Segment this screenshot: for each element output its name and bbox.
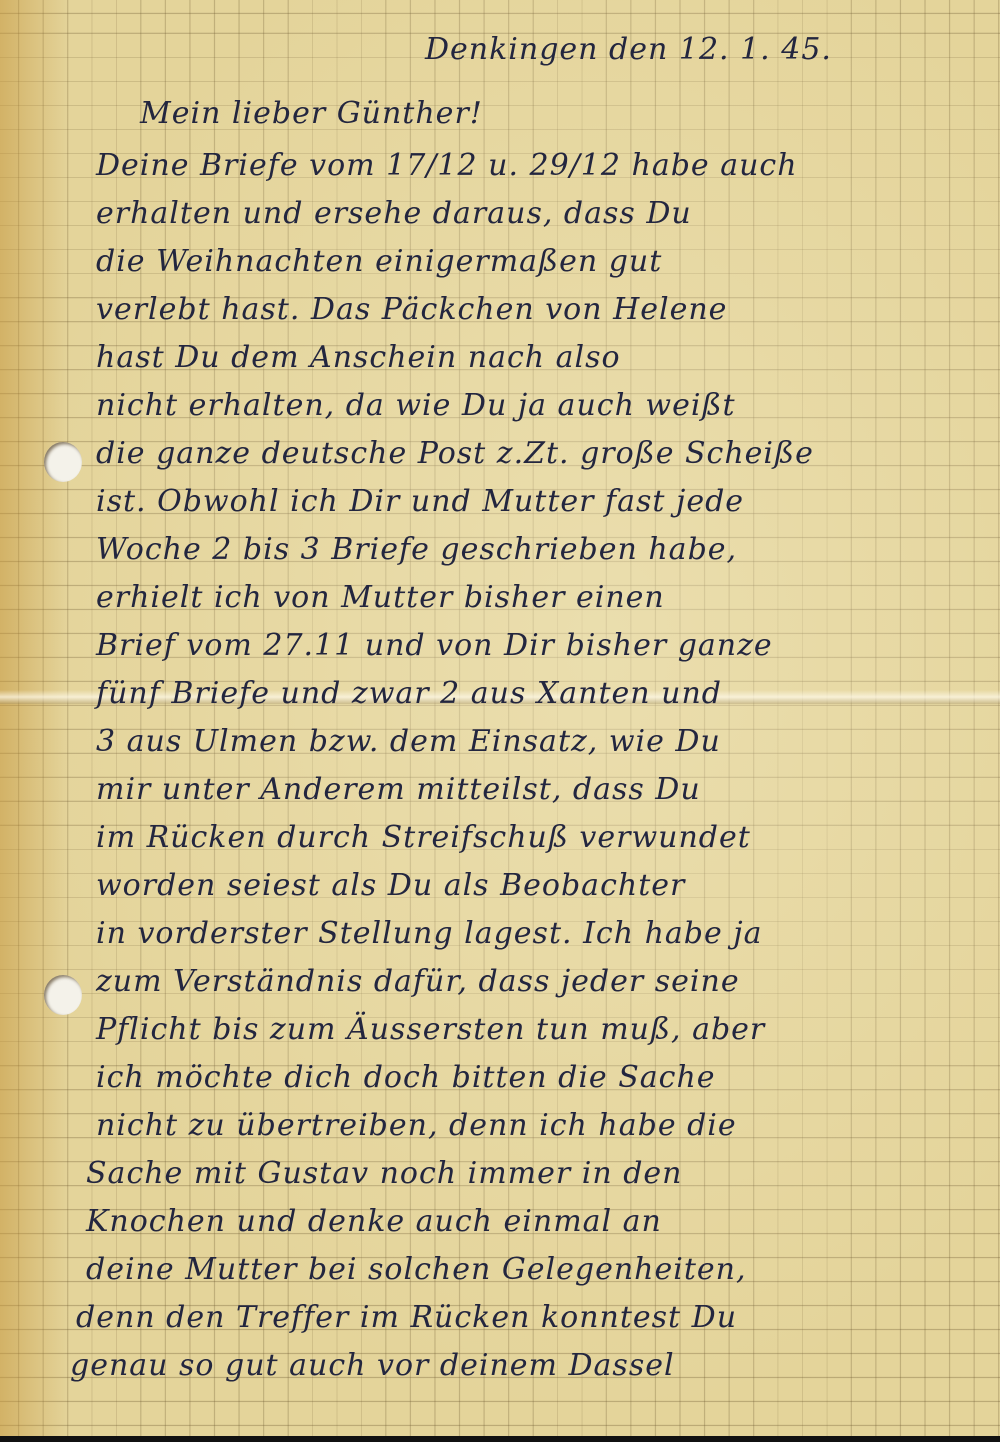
letter-line: Woche 2 bis 3 Briefe geschrieben habe, [96,532,1000,567]
letter-line: 3 aus Ulmen bzw. dem Einsatz, wie Du [96,724,1000,759]
letter-line: ich möchte dich doch bitten die Sache [96,1060,1000,1095]
letter-line: nicht zu übertreiben, denn ich habe die [96,1108,1000,1143]
letter-line: mir unter Anderem mitteilst, dass Du [96,772,1000,807]
letter-line: Sache mit Gustav noch immer in den [86,1156,1000,1191]
letter-line: hast Du dem Anschein nach also [96,340,1000,375]
letter-line: Deine Briefe vom 17/12 u. 29/12 habe auc… [96,148,1000,183]
letter-line: ist. Obwohl ich Dir und Mutter fast jede [96,484,1000,519]
letter-line: erhielt ich von Mutter bisher einen [96,580,1000,615]
letter-line: denn den Treffer im Rücken konntest Du [76,1300,1000,1335]
letter-line: Knochen und denke auch einmal an [86,1204,1000,1239]
punch-hole-lower [44,975,82,1015]
letter-line: Pflicht bis zum Äussersten tun muß, aber [96,1012,1000,1047]
letter-line: nicht erhalten, da wie Du ja auch weißt [96,388,1000,423]
dateline: Denkingen den 12. 1. 45. [425,32,1000,67]
letter-page: Denkingen den 12. 1. 45. Mein lieber Gün… [0,0,1000,1436]
letter-line: im Rücken durch Streifschuß verwundet [96,820,1000,855]
scan-bottom-edge [0,1436,1000,1442]
letter-line: die Weihnachten einigermaßen gut [96,244,1000,279]
letter-line: zum Verständnis dafür, dass jeder seine [96,964,1000,999]
letter-line: deine Mutter bei solchen Gelegenheiten, [86,1252,1000,1287]
letter-line: worden seiest als Du als Beobachter [96,868,1000,903]
letter-line: Brief vom 27.11 und von Dir bisher ganze [96,628,1000,663]
letter-line: erhalten und ersehe daraus, dass Du [96,196,1000,231]
letter-line: in vorderster Stellung lagest. Ich habe … [96,916,1000,951]
letter-line: die ganze deutsche Post z.Zt. große Sche… [96,436,1000,471]
punch-hole-upper [44,442,82,482]
letter-line: genau so gut auch vor deinem Dassel [70,1348,1000,1383]
letter-line: verlebt hast. Das Päckchen von Helene [96,292,1000,327]
letter-line: fünf Briefe und zwar 2 aus Xanten und [96,676,1000,711]
salutation: Mein lieber Günther! [140,96,1000,131]
